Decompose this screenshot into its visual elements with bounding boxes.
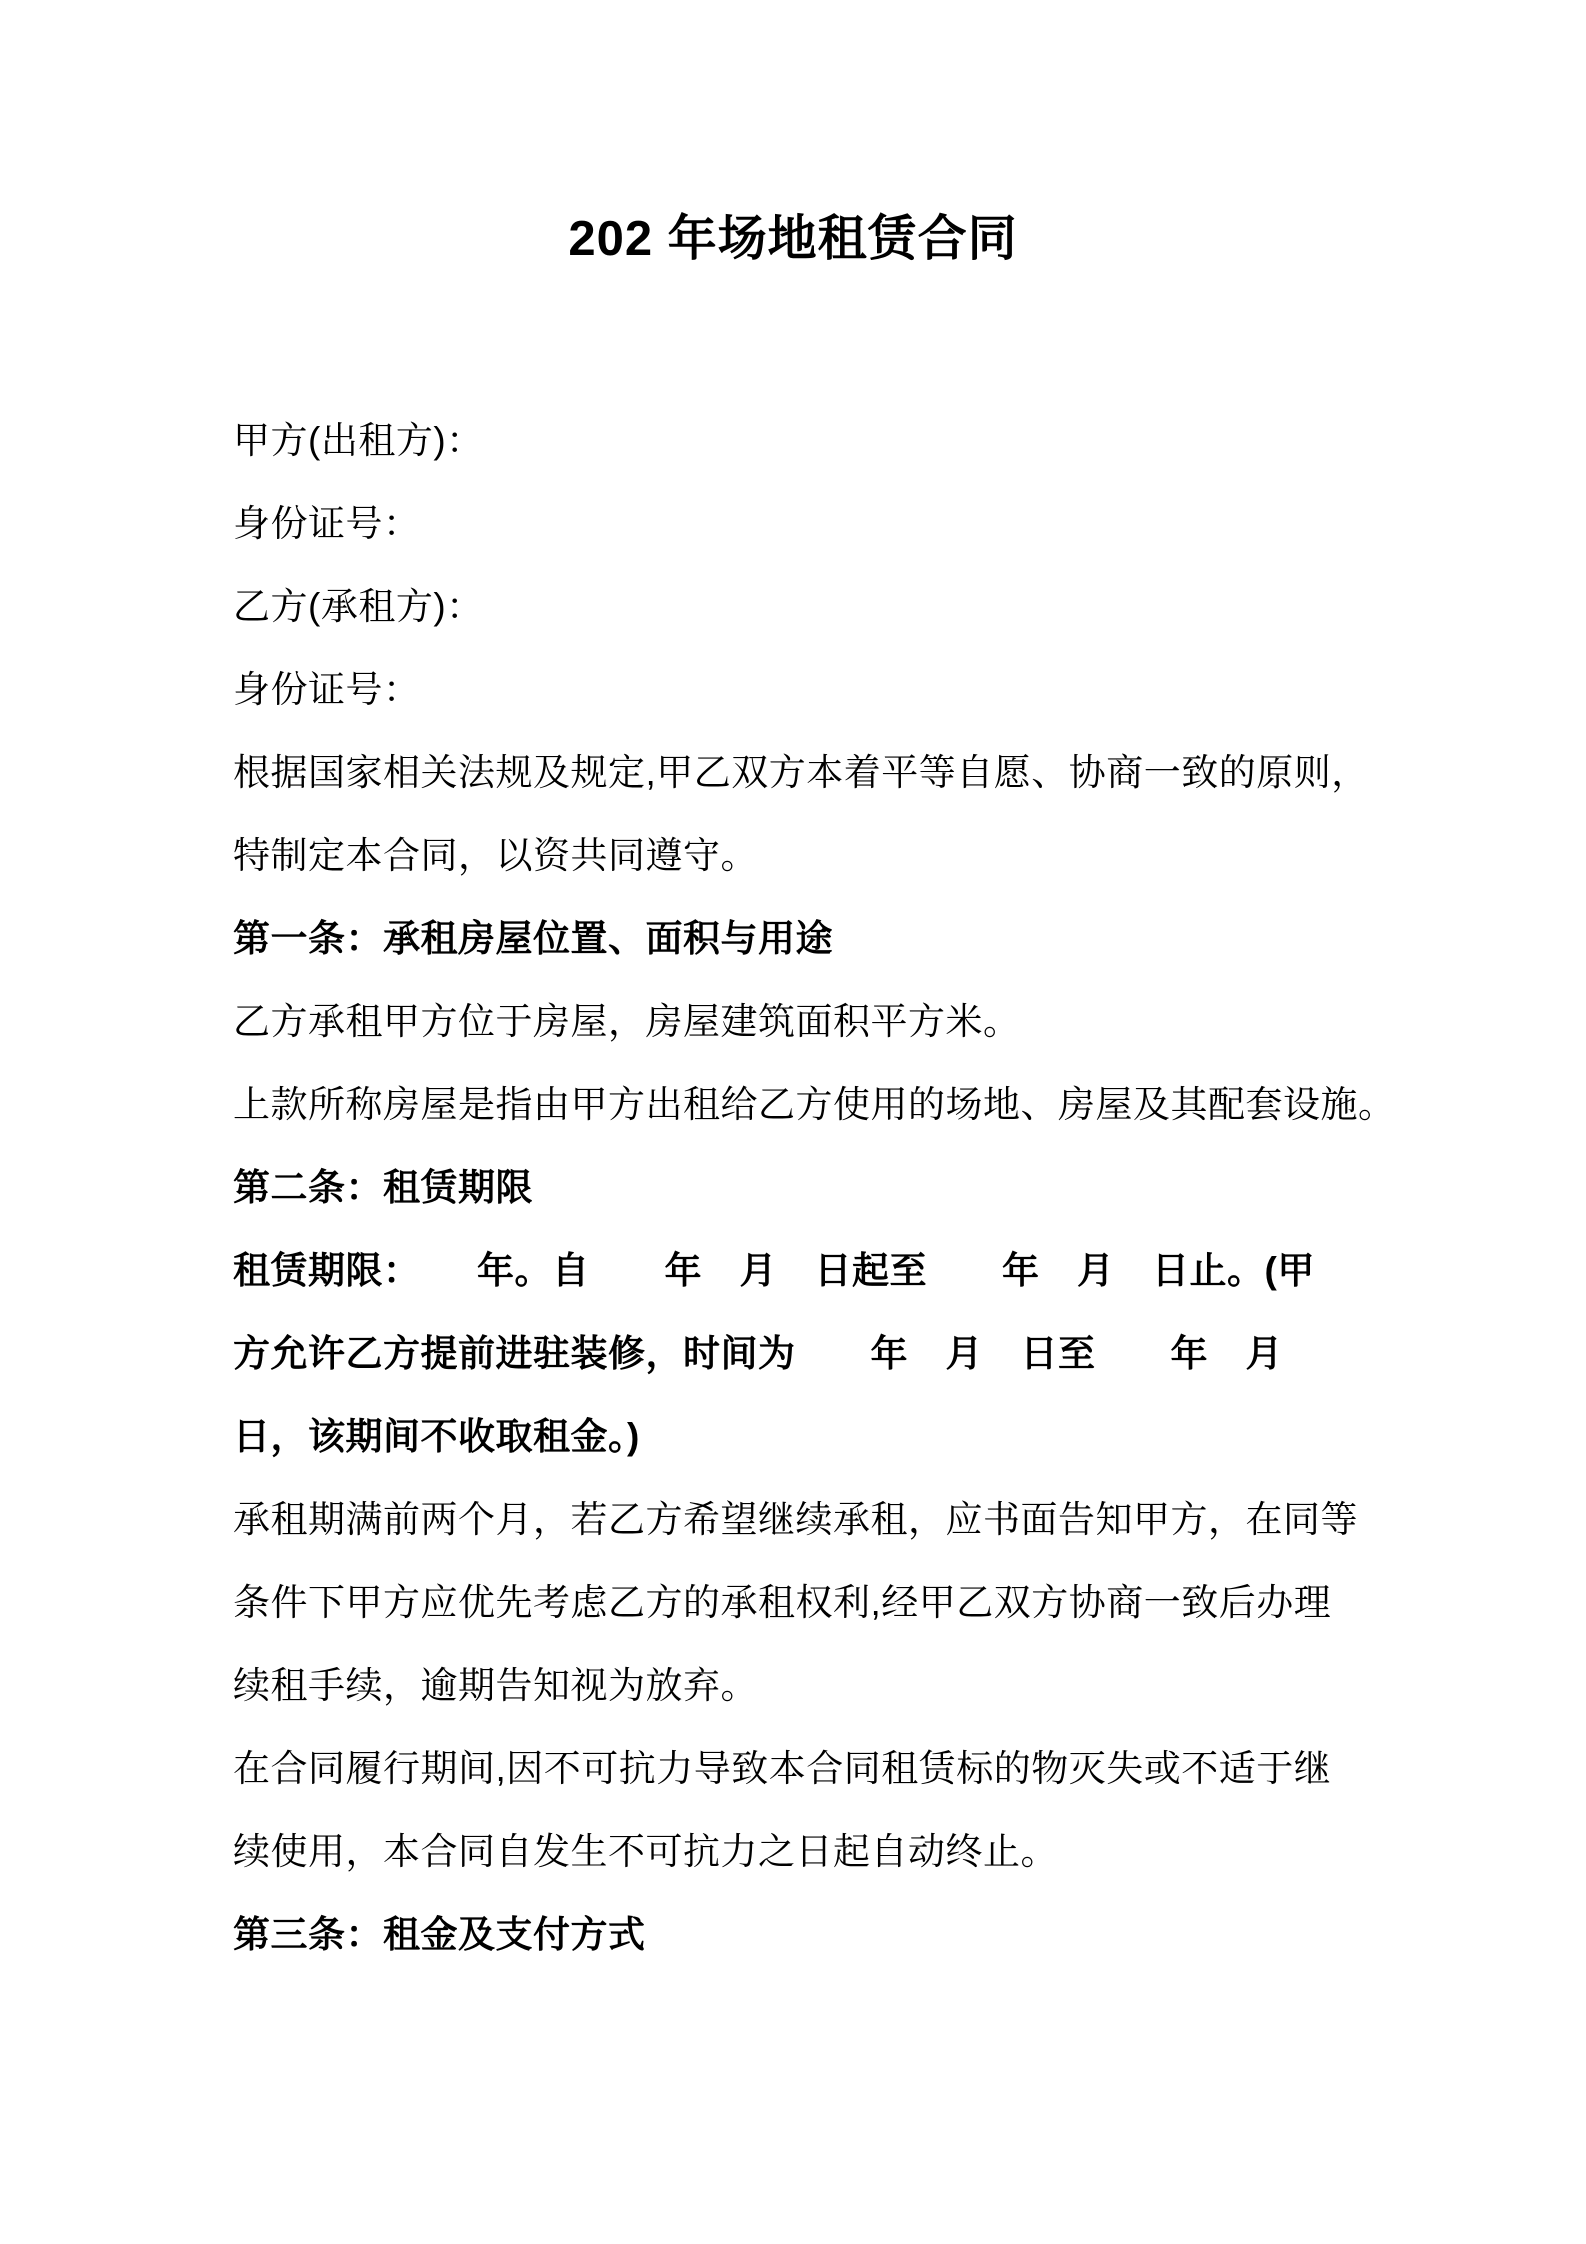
document-line: 租赁期限： 年。自 年 月 日起至 年 月 日止。(甲 [233, 1225, 1443, 1308]
document-line: 承租期满前两个月，若乙方希望继续承租，应书面告知甲方，在同等 [233, 1474, 1443, 1557]
document-line: 第三条：租金及支付方式 [233, 1889, 1443, 1972]
document-line: 乙方(承租方)： [233, 561, 1443, 644]
document-line: 第二条：租赁期限 [233, 1142, 1443, 1225]
document-line: 乙方承租甲方位于房屋，房屋建筑面积平方米。 [233, 976, 1443, 1059]
document-line: 根据国家相关法规及规定,甲乙双方本着平等自愿、协商一致的原则， [233, 727, 1443, 810]
document-line: 特制定本合同，以资共同遵守。 [233, 810, 1443, 893]
document-title: 202 年场地租赁合同 [0, 200, 1586, 270]
document-line: 甲方(出租方)： [233, 395, 1443, 478]
contract-document-page: 202 年场地租赁合同 甲方(出租方)：身份证号：乙方(承租方)：身份证号：根据… [0, 0, 1586, 2244]
document-line: 身份证号： [233, 478, 1443, 561]
document-line: 条件下甲方应优先考虑乙方的承租权利,经甲乙双方协商一致后办理 [233, 1557, 1443, 1640]
document-line: 续租手续，逾期告知视为放弃。 [233, 1640, 1443, 1723]
document-line: 身份证号： [233, 644, 1443, 727]
document-line: 第一条：承租房屋位置、面积与用途 [233, 893, 1443, 976]
document-line: 上款所称房屋是指由甲方出租给乙方使用的场地、房屋及其配套设施。 [233, 1059, 1443, 1142]
document-line: 在合同履行期间,因不可抗力导致本合同租赁标的物灭失或不适于继 [233, 1723, 1443, 1806]
document-line: 日，该期间不收取租金。) [233, 1391, 1443, 1474]
document-line: 续使用，本合同自发生不可抗力之日起自动终止。 [233, 1806, 1443, 1889]
document-line: 方允许乙方提前进驻装修，时间为 年 月 日至 年 月 [233, 1308, 1443, 1391]
document-body: 甲方(出租方)：身份证号：乙方(承租方)：身份证号：根据国家相关法规及规定,甲乙… [233, 395, 1443, 1972]
